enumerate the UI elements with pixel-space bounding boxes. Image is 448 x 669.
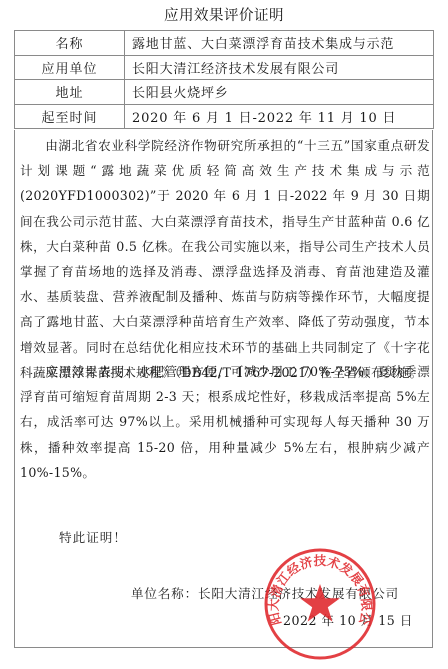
table-row-period: 起至时间 2020 年 6 月 1 日-2022 年 11 月 10 日 <box>15 104 434 129</box>
row-value: 露地甘蓝、大白菜漂浮育苗技术集成与示范 <box>125 31 434 56</box>
row-value: 长阳大清江经济技术发展有限公司 <box>125 55 434 80</box>
table-row-address: 地址 长阳县火烧坪乡 <box>15 80 434 105</box>
row-label: 起至时间 <box>15 104 125 129</box>
table-row-unit: 应用单位 长阳大清江经济技术发展有限公司 <box>15 55 434 80</box>
certificate-body: 由湖北省农业科学院经济作物研究所承担的“十三五”国家重点研发计划课题“露地蔬菜优… <box>14 130 433 648</box>
info-table: 名称 露地甘蓝、大白菜漂浮育苗技术集成与示范 应用单位 长阳大清江经济技术发展有… <box>14 30 434 129</box>
row-label: 应用单位 <box>15 55 125 80</box>
signature-unit-name: 单位名称：长阳大清江经济技术发展有限公司 <box>131 583 399 602</box>
paragraph-results: 应用效果表明：水肥管理方便，可减少用工 70%-75%；夏秋季漂浮育苗可缩短育苗… <box>20 359 430 485</box>
paragraph-background: 由湖北省农业科学院经济作物研究所承担的“十三五”国家重点研发计划课题“露地蔬菜优… <box>20 133 430 385</box>
row-label: 名称 <box>15 31 125 56</box>
row-label: 地址 <box>15 80 125 105</box>
closing-statement: 特此证明！ <box>59 527 127 546</box>
row-value: 2020 年 6 月 1 日-2022 年 11 月 10 日 <box>125 104 434 129</box>
document-title: 应用效果评价证明 <box>0 4 448 25</box>
signature-date: 2022 年 10 月 15 日 <box>283 610 413 629</box>
row-value: 长阳县火烧坪乡 <box>125 80 434 105</box>
table-row-name: 名称 露地甘蓝、大白菜漂浮育苗技术集成与示范 <box>15 31 434 56</box>
